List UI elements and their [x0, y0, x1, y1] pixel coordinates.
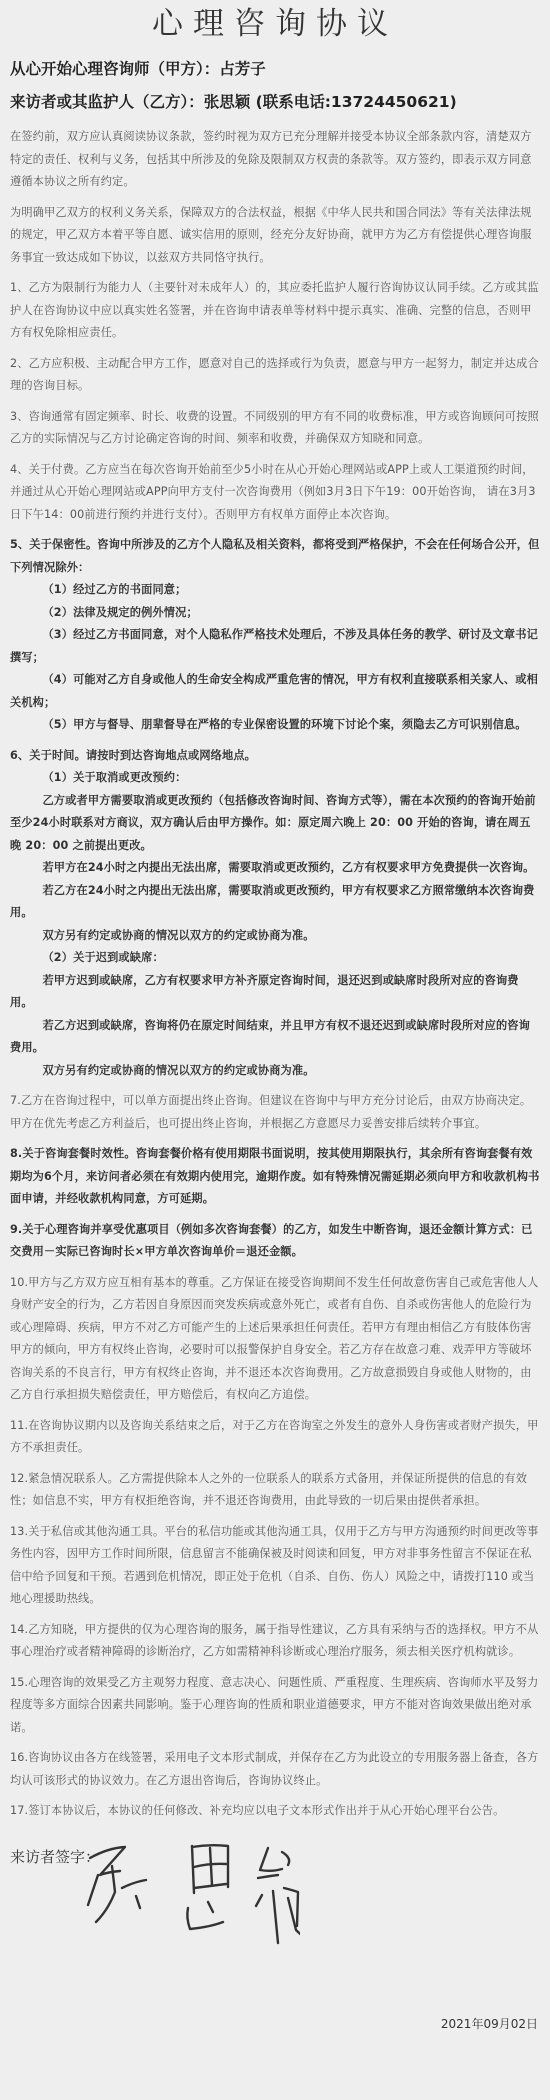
clause-5-item-2: （2）法律及规定的例外情况； — [10, 602, 540, 625]
clause-6-sub1-line-2: 若甲方在24小时之内提出无法出席，需要取消或更改预约，乙方有权要求甲方免费提供一… — [10, 857, 540, 880]
page-title: 心理咨询协议 — [10, 0, 540, 44]
party-a-line: 从心开始心理咨询师（甲方）：占芳子 — [10, 57, 540, 81]
clause-5-item-4: （4）可能对乙方自身或他人的生命安全构成严重危害的情况，甲方有权利直接联系相关家… — [10, 669, 540, 714]
clause-5-item-1: （1）经过乙方的书面同意； — [10, 579, 540, 602]
clause-6-lead: 6、关于时间。请按时到达咨询地点或网络地点。 — [10, 745, 540, 768]
clause-5-lead: 5、关于保密性。咨询中所涉及的乙方个人隐私及相关资料，都将受到严格保护，不会在任… — [10, 534, 540, 579]
clause-3: 3、咨询通常有固定频率、时长、收费的设置。不同级别的甲方有不同的收费标准，甲方或… — [10, 406, 540, 451]
clause-5-confidentiality: 5、关于保密性。咨询中所涉及的乙方个人隐私及相关资料，都将受到严格保护，不会在任… — [10, 534, 540, 737]
clause-10: 10.甲方与乙方双方应互相有基本的尊重。乙方保证在接受咨询期间不发生任何故意伤害… — [10, 1272, 540, 1407]
clause-6-sub1-line-3: 若乙方在24小时之内提出无法出席，需要取消或更改预约，甲方有权要求乙方照常缴纳本… — [10, 880, 540, 925]
clause-6-sub1-line-1: 乙方或者甲方需要取消或更改预约（包括修改咨询时间、咨询方式等），需在本次预约的咨… — [10, 790, 540, 858]
clause-6-sub1-title: （1）关于取消或更改预约： — [10, 767, 540, 790]
clause-6-time: 6、关于时间。请按时到达咨询地点或网络地点。 （1）关于取消或更改预约： 乙方或… — [10, 745, 540, 1083]
clause-13: 13.关于私信或其他沟通工具。平台的私信功能或其他沟通工具，仅用于乙方与甲方沟通… — [10, 1521, 540, 1611]
clause-6-sub2-title: （2）关于迟到或缺席： — [10, 947, 540, 970]
clause-5-item-5: （5）甲方与督导、朋辈督导在严格的专业保密设置的环境下讨论个案，须隐去乙方可识别… — [10, 714, 540, 737]
clause-11: 11.在咨询协议期内以及咨询关系结束之后，对于乙方在咨询室之外发生的意外人身伤害… — [10, 1415, 540, 1460]
clause-14: 14.乙方知晓，甲方提供的仅为心理咨询的服务，属于指导性建议，乙方具有采纳与否的… — [10, 1619, 540, 1664]
clause-9: 9.关于心理咨询并享受优惠项目（例如多次咨询套餐）的乙方，如发生中断咨询，退还金… — [10, 1219, 540, 1264]
clause-5-item-3: （3）经过乙方书面同意，对个人隐私作严格技术处理后，不涉及具体任务的教学、研讨及… — [10, 624, 540, 669]
agreement-document: 心理咨询协议 从心开始心理咨询师（甲方）：占芳子 来访者或其监护人（乙方）：张思… — [0, 0, 550, 1869]
clause-6-sub2-line-3: 双方另有约定或协商的情况以双方的约定或协商为准。 — [10, 1060, 540, 1083]
party-b-line: 来访者或其监护人（乙方）：张思颖 (联系电话:13724450621) — [10, 90, 540, 114]
intro-paragraph-1: 在签约前，双方应认真阅读协议条款，签约时视为双方已充分理解并接受本协议全部条款内… — [10, 126, 540, 194]
clause-17: 17.签订本协议后，本协议的任何修改、补充均应以电子文本形式作出并于从心开始心理… — [10, 1800, 540, 1823]
clause-6-sub1-line-4: 双方另有约定或协商的情况以双方的约定或协商为准。 — [10, 925, 540, 948]
clause-2: 2、乙方应积极、主动配合甲方工作，愿意对自己的选择或行为负责，愿意与甲方一起努力… — [10, 353, 540, 398]
clause-8: 8.关于咨询套餐时效性。咨询套餐价格有使用期限书面说明，按其使用期限执行，其余所… — [10, 1143, 540, 1211]
clause-1: 1、乙方为限制行为能力人（主要针对未成年人）的，其应委托监护人履行咨询协议认同手… — [10, 277, 540, 345]
clause-12: 12.紧急情况联系人。乙方需提供除本人之外的一位联系人的联系方式备用，并保证所提… — [10, 1468, 540, 1513]
intro-paragraph-2: 为明确甲乙双方的权利义务关系，保障双方的合法权益，根据《中华人民共和国合同法》等… — [10, 202, 540, 270]
clause-16: 16.咨询协议由各方在线签署，采用电子文本形式制成，并保存在乙方为此设立的专用服… — [10, 1747, 540, 1792]
clause-7: 7.乙方在咨询过程中，可以单方面提出终止咨询。但建议在咨询中与甲方充分讨论后，由… — [10, 1090, 540, 1135]
clause-15: 15.心理咨询的效果受乙方主观努力程度、意志决心、问题性质、严重程度、生理疾病、… — [10, 1672, 540, 1740]
clause-6-sub2-line-2: 若乙方迟到或缺席，咨询将仍在原定时间结束，并且甲方有权不退还迟到或缺席时段所对应… — [10, 1015, 540, 1060]
signing-date: 2021年09月02日 — [441, 2015, 538, 2032]
clause-4: 4、关于付费。乙方应当在每次咨询开始前至少5小时在从心开始心理网站或APP上或人… — [10, 459, 540, 527]
handwritten-signature — [60, 1830, 300, 1945]
clause-6-sub2-line-1: 若甲方迟到或缺席，乙方有权要求甲方补齐原定咨询时间，退还迟到或缺席时段所对应的咨… — [10, 970, 540, 1015]
